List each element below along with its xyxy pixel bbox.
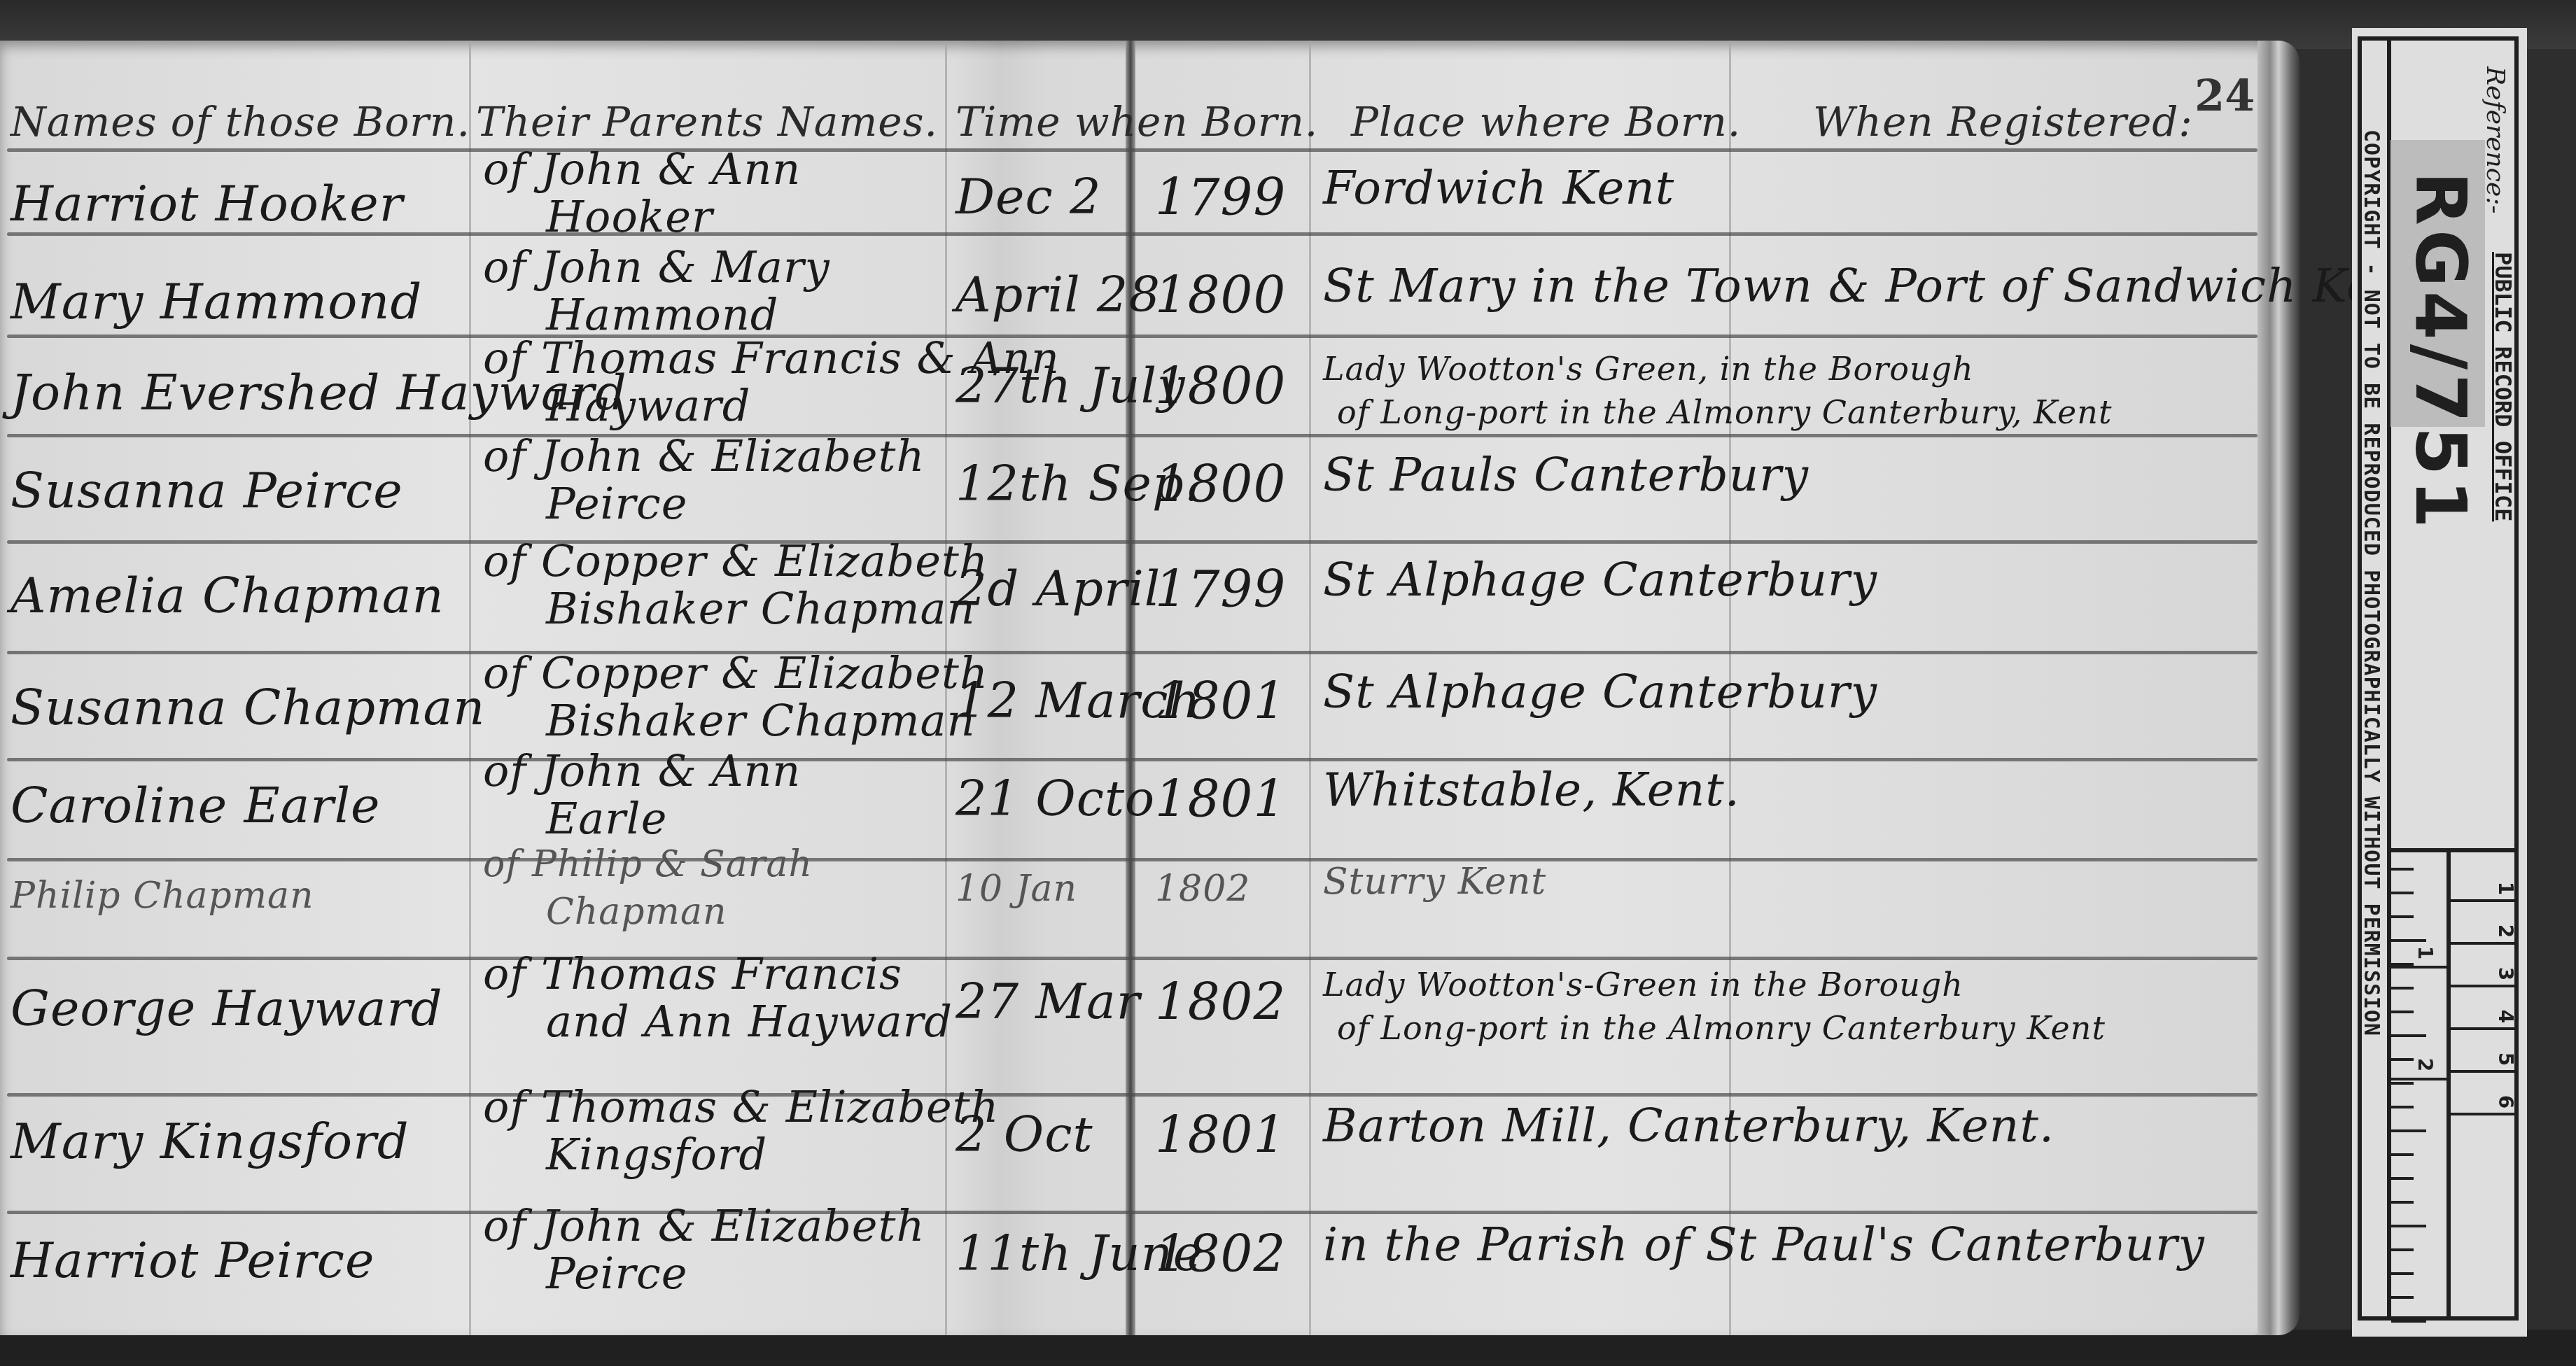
entry-parents: of John & Ann [483, 143, 801, 195]
entry-name: Mary Kingsford [10, 1113, 409, 1170]
entry-parents: Earle [546, 793, 667, 844]
entry-day-month: 2d April [955, 560, 1161, 617]
ruler-tick [2391, 1201, 2414, 1204]
entry-year: 1800 [1155, 357, 1286, 416]
header-place: Place where Born. [1351, 98, 1741, 146]
ruler-divider [2446, 848, 2451, 1321]
ruler-tick [2391, 1248, 2414, 1251]
ruler-cm-line [2451, 942, 2519, 945]
entry-parents: of Thomas Francis [483, 948, 902, 999]
entry-parents: of Copper & Elizabeth [483, 647, 988, 698]
entry-year: 1799 [1155, 168, 1286, 227]
entry-year: 1801 [1155, 770, 1286, 829]
copyright-notice: COPYRIGHT - NOT TO BE REPRODUCED PHOTOGR… [2359, 129, 2383, 1036]
header-registered: When Registered: [1813, 98, 2193, 146]
entry-parents: Bishaker Chapman [546, 695, 975, 746]
entry-parents: of Thomas & Elizabeth [483, 1081, 1000, 1132]
ruler-tick [2391, 1034, 2426, 1037]
ruler-inch-line [2391, 966, 2447, 969]
entry-name: Caroline Earle [10, 777, 381, 834]
entry-name: Susanna Chapman [10, 679, 485, 736]
ruler-cm-line [2451, 1070, 2519, 1073]
ruler-tick [2391, 1296, 2414, 1299]
entry-parents: Chapman [546, 891, 727, 933]
ruler-cm-line [2451, 1027, 2519, 1030]
header-names: Names of those Born. [10, 98, 470, 146]
reference-label: Reference:- [2481, 66, 2509, 214]
entry-year: 1802 [1155, 1225, 1286, 1283]
entry-year: 1799 [1155, 560, 1286, 619]
entry-place: St Mary in the Town & Port of Sandwich K… [1323, 259, 2424, 313]
entry-name: George Hayward [10, 980, 443, 1037]
row-rule [7, 232, 2257, 236]
ruler-cm-label: 5 [2494, 1052, 2517, 1066]
entry-name: Philip Chapman [10, 875, 314, 917]
ruler-tick [2391, 1011, 2414, 1013]
entry-day-month: 2 Oct [955, 1106, 1093, 1163]
entry-place: of Long-port in the Almonry Canterbury, … [1337, 393, 2112, 431]
row-rule [7, 335, 2257, 338]
entry-year: 1801 [1155, 672, 1286, 731]
row-rule [7, 758, 2257, 761]
ruler-cm-label: 2 [2494, 924, 2517, 938]
row-rule [7, 651, 2257, 654]
ruler-top-edge [2387, 848, 2519, 852]
entry-parents: Peirce [546, 1248, 688, 1299]
entry-name: Susanna Peirce [10, 462, 403, 519]
entry-name: Harriot Hooker [10, 175, 403, 232]
entry-year: 1802 [1155, 868, 1250, 910]
entry-day-month: Dec 2 [955, 168, 1102, 225]
header-time: Time when Born. [955, 98, 1318, 146]
ruler-cm-line [2451, 985, 2519, 987]
entry-day-month: 27 Mar [955, 973, 1140, 1030]
entry-parents: Bishaker Chapman [546, 583, 975, 634]
row-rule [7, 1093, 2257, 1097]
entry-place: St Pauls Canterbury [1323, 448, 1809, 502]
ruler-tick [2391, 1272, 2414, 1275]
entry-parents: of Copper & Elizabeth [483, 535, 988, 586]
row-rule [7, 1211, 2257, 1214]
entry-name: Mary Hammond [10, 273, 422, 330]
entry-place: in the Parish of St Paul's Canterbury [1323, 1218, 2205, 1272]
row-rule [7, 858, 2257, 861]
entry-parents: of John & Mary [483, 241, 830, 293]
ruler-tick [2391, 915, 2414, 918]
ruler-inch-label: 1 [2414, 946, 2437, 959]
entry-year: 1800 [1155, 266, 1286, 325]
header-parents: Their Parents Names. [476, 98, 938, 146]
ruler-tick [2391, 1225, 2426, 1227]
entry-place: Lady Wootton's-Green in the Borough [1323, 966, 1963, 1004]
entry-place: St Alphage Canterbury [1323, 553, 1877, 607]
ruler-tick [2391, 1106, 2414, 1108]
ruler-cm-label: 3 [2494, 967, 2517, 980]
ruler-cm-line [2451, 899, 2519, 902]
ruler-inch-line [2391, 1078, 2447, 1080]
ruler-cm-label: 6 [2494, 1095, 2517, 1108]
ruler-tick [2391, 1129, 2426, 1132]
ruler-tick [2391, 868, 2414, 871]
row-rule [7, 434, 2257, 437]
entry-place: Barton Mill, Canterbury, Kent. [1323, 1099, 2054, 1153]
entry-year: 1802 [1155, 973, 1286, 1031]
entry-parents: of John & Ann [483, 745, 801, 796]
entry-day-month: April 28 [955, 266, 1161, 323]
entry-place: Fordwich Kent [1323, 161, 1674, 215]
entry-parents: Peirce [546, 478, 688, 529]
row-rule [7, 540, 2257, 544]
entry-parents: of John & Elizabeth [483, 430, 925, 481]
row-rule [7, 957, 2257, 960]
ruler-tick [2391, 1082, 2414, 1085]
ruler-tick [2391, 1153, 2414, 1156]
entry-day-month: 27th July [955, 357, 1186, 414]
ruler-inch-label: 2 [2414, 1058, 2437, 1071]
public-record-office-label: PUBLIC RECORD OFFICE [2490, 252, 2516, 521]
entry-parents: Hayward [546, 380, 750, 431]
entry-place: Lady Wootton's Green, in the Borough [1323, 350, 1974, 388]
entry-place: of Long-port in the Almonry Canterbury K… [1337, 1009, 2106, 1047]
ruler-tick [2391, 939, 2426, 942]
entry-year: 1801 [1155, 1106, 1286, 1164]
ruler-cm-label: 1 [2494, 882, 2517, 895]
reference-code: RG4/751 [2400, 171, 2481, 533]
entry-place: Whitstable, Kent. [1323, 763, 1740, 817]
entry-year: 1800 [1155, 455, 1286, 514]
page-number: 24 [2194, 70, 2255, 121]
ruler-tick [2391, 1177, 2414, 1180]
row-rule [7, 148, 2257, 152]
ruler-tick [2391, 987, 2414, 990]
ruler-cm-line [2451, 1113, 2519, 1115]
entry-parents: Kingsford [546, 1129, 767, 1180]
entry-day-month: 10 Jan [955, 868, 1077, 910]
entry-place: St Alphage Canterbury [1323, 665, 1877, 719]
ruler-tick [2391, 1320, 2426, 1323]
entry-name: Amelia Chapman [10, 567, 444, 624]
page-edge [2257, 41, 2299, 1335]
entry-parents: of John & Elizabeth [483, 1200, 925, 1251]
entry-parents: and Ann Hayward [546, 996, 953, 1047]
entry-parents: Hooker [546, 191, 713, 242]
ruler-tick [2391, 1058, 2414, 1061]
ruler-tick [2391, 892, 2414, 894]
entry-day-month: 21 Octo [955, 770, 1155, 827]
entry-place: Sturry Kent [1323, 861, 1546, 903]
entry-parents: of Philip & Sarah [483, 843, 813, 885]
ruler-cm-label: 4 [2494, 1010, 2517, 1023]
entry-name: Harriot Peirce [10, 1232, 374, 1289]
